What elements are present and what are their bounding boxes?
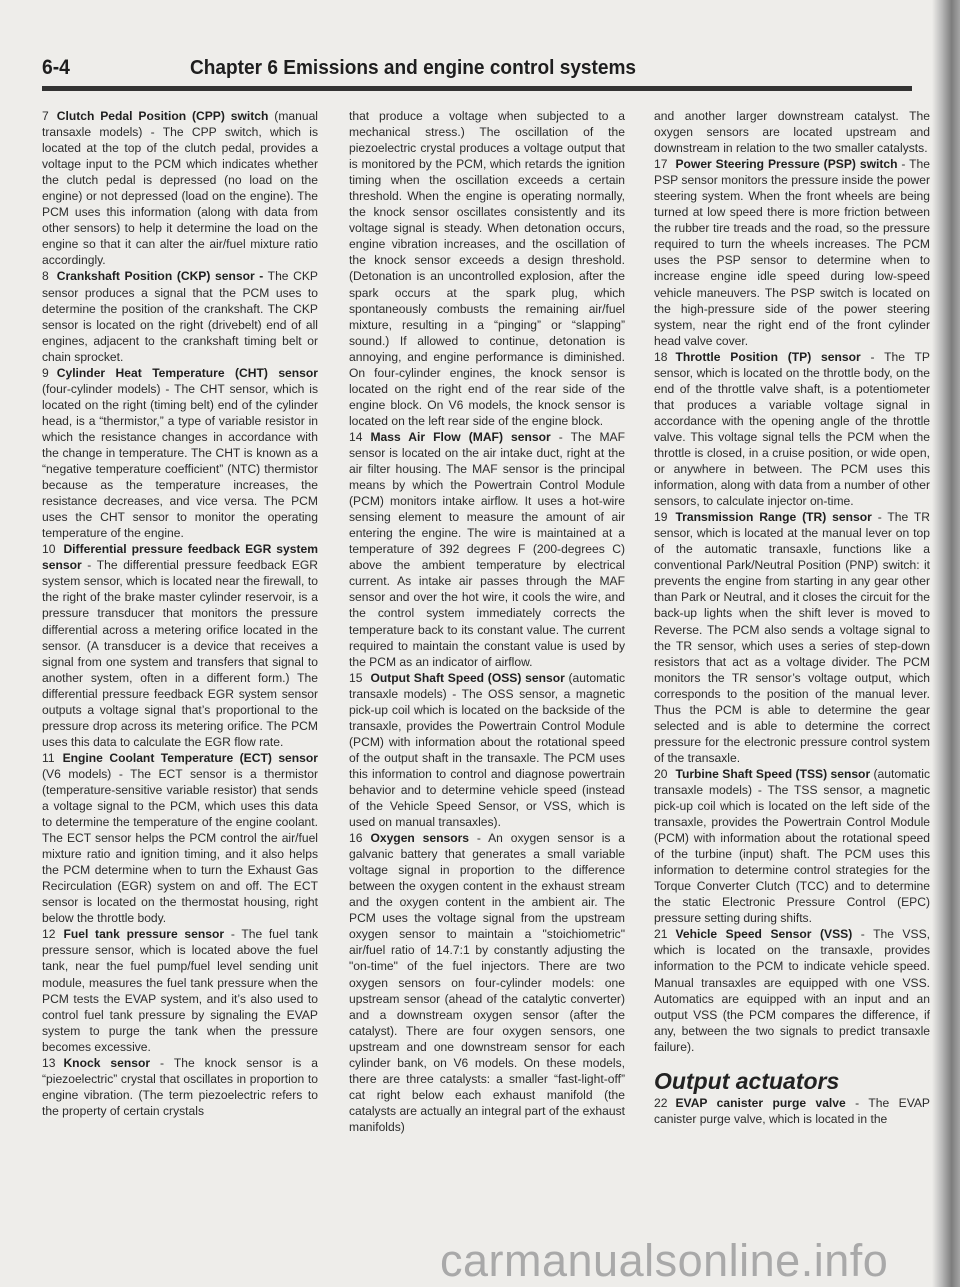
paragraph-continuation: and another larger downstream catalyst. …	[654, 108, 930, 156]
item-number: 11	[42, 751, 55, 765]
paragraph-item-20: 20Turbine Shaft Speed (TSS) sensor (auto…	[654, 766, 930, 926]
item-number: 8	[42, 269, 49, 283]
manual-page: 6-4 Chapter 6 Emissions and engine contr…	[0, 0, 960, 1287]
item-body: - The differential pressure feedback EGR…	[42, 558, 318, 749]
item-title: EVAP canister purge valve	[675, 1096, 845, 1110]
item-number: 22	[654, 1096, 667, 1110]
item-number: 7	[42, 109, 49, 123]
item-title: Turbine Shaft Speed (TSS) sensor	[675, 767, 870, 781]
item-title: Output Shaft Speed (OSS) sensor	[370, 671, 564, 685]
paragraph-item-13: 13Knock sensor - The knock sensor is a “…	[42, 1055, 318, 1119]
item-body: - The PSP sensor monitors the pressure i…	[654, 157, 930, 348]
item-number: 19	[654, 510, 667, 524]
header-rule	[42, 86, 912, 91]
item-number: 12	[42, 927, 55, 941]
item-number: 10	[42, 542, 55, 556]
item-title: Vehicle Speed Sensor (VSS)	[675, 927, 852, 941]
paragraph-item-19: 19Transmission Range (TR) sensor - The T…	[654, 509, 930, 766]
item-number: 17	[654, 157, 667, 171]
item-number: 20	[654, 767, 667, 781]
item-body: - The fuel tank pressure sensor, which i…	[42, 927, 318, 1053]
chapter-title: Chapter 6 Emissions and engine control s…	[190, 56, 636, 80]
item-number: 14	[349, 430, 362, 444]
item-number: 9	[42, 366, 49, 380]
paragraph-item-8: 8Crankshaft Position (CKP) sensor - The …	[42, 268, 318, 364]
item-title: Crankshaft Position (CKP) sensor -	[57, 269, 264, 283]
paragraph-item-18: 18Throttle Position (TP) sensor - The TP…	[654, 349, 930, 509]
item-title: Oxygen sensors	[370, 831, 469, 845]
paragraph-continuation: that produce a voltage when subjected to…	[349, 108, 625, 429]
text-column-1: 7Clutch Pedal Position (CPP) switch (man…	[42, 108, 318, 1119]
page-number: 6-4	[42, 56, 70, 80]
item-title: Engine Coolant Temperature (ECT) sensor	[63, 751, 318, 765]
item-number: 15	[349, 671, 362, 685]
item-title: Cylinder Heat Temperature (CHT) sensor	[57, 366, 318, 380]
item-body: and another larger downstream catalyst. …	[654, 109, 930, 155]
paragraph-item-17: 17Power Steering Pressure (PSP) switch -…	[654, 156, 930, 349]
item-title: Power Steering Pressure (PSP) switch	[675, 157, 897, 171]
item-title: Throttle Position (TP) sensor	[675, 350, 860, 364]
item-number: 18	[654, 350, 667, 364]
item-body: - The VSS, which is located on the trans…	[654, 927, 930, 1053]
item-body: - An oxygen sensor is a galvanic battery…	[349, 831, 625, 1134]
paragraph-item-15: 15Output Shaft Speed (OSS) sensor (autom…	[349, 670, 625, 830]
item-title: Knock sensor	[63, 1056, 150, 1070]
item-body: - The MAF sensor is located on the air i…	[349, 430, 625, 669]
page-header: 6-4 Chapter 6 Emissions and engine contr…	[42, 56, 932, 86]
paragraph-item-22: 22EVAP canister purge valve - The EVAP c…	[654, 1095, 930, 1127]
item-body: (four-cylinder models) - The CHT sensor,…	[42, 382, 318, 540]
item-body: (V6 models) - The ECT sensor is a thermi…	[42, 767, 318, 925]
section-heading: Output actuators	[654, 1067, 930, 1095]
paragraph-item-10: 10Differential pressure feedback EGR sys…	[42, 541, 318, 750]
paragraph-item-21: 21Vehicle Speed Sensor (VSS) - The VSS, …	[654, 926, 930, 1054]
item-body: - The TP sensor, which is located on the…	[654, 350, 930, 508]
item-body: (automatic transaxle models) - The OSS s…	[349, 671, 625, 829]
text-column-2: that produce a voltage when subjected to…	[349, 108, 625, 1135]
item-body: (manual transaxle models) - The CPP swit…	[42, 109, 318, 267]
item-body: that produce a voltage when subjected to…	[349, 109, 625, 428]
item-body: (automatic transaxle models) - The TSS s…	[654, 767, 930, 925]
paragraph-item-12: 12Fuel tank pressure sensor - The fuel t…	[42, 926, 318, 1054]
item-title: Transmission Range (TR) sensor	[675, 510, 871, 524]
paragraph-item-14: 14Mass Air Flow (MAF) sensor - The MAF s…	[349, 429, 625, 670]
item-title: Clutch Pedal Position (CPP) switch	[57, 109, 269, 123]
paragraph-item-7: 7Clutch Pedal Position (CPP) switch (man…	[42, 108, 318, 268]
page-edge-shadow	[932, 0, 960, 1287]
paragraph-item-16: 16Oxygen sensors - An oxygen sensor is a…	[349, 830, 625, 1135]
paragraph-item-11: 11Engine Coolant Temperature (ECT) senso…	[42, 750, 318, 927]
item-title: Mass Air Flow (MAF) sensor	[370, 430, 550, 444]
watermark: carmanualsonline.info	[440, 1235, 888, 1287]
item-number: 21	[654, 927, 667, 941]
paragraph-item-9: 9Cylinder Heat Temperature (CHT) sensor …	[42, 365, 318, 542]
item-number: 16	[349, 831, 362, 845]
item-title: Fuel tank pressure sensor	[63, 927, 224, 941]
item-number: 13	[42, 1056, 55, 1070]
item-body: The CKP sensor produces a signal that th…	[42, 269, 318, 363]
text-column-3: and another larger downstream catalyst. …	[654, 108, 930, 1127]
item-body: - The TR sensor, which is located at the…	[654, 510, 930, 765]
